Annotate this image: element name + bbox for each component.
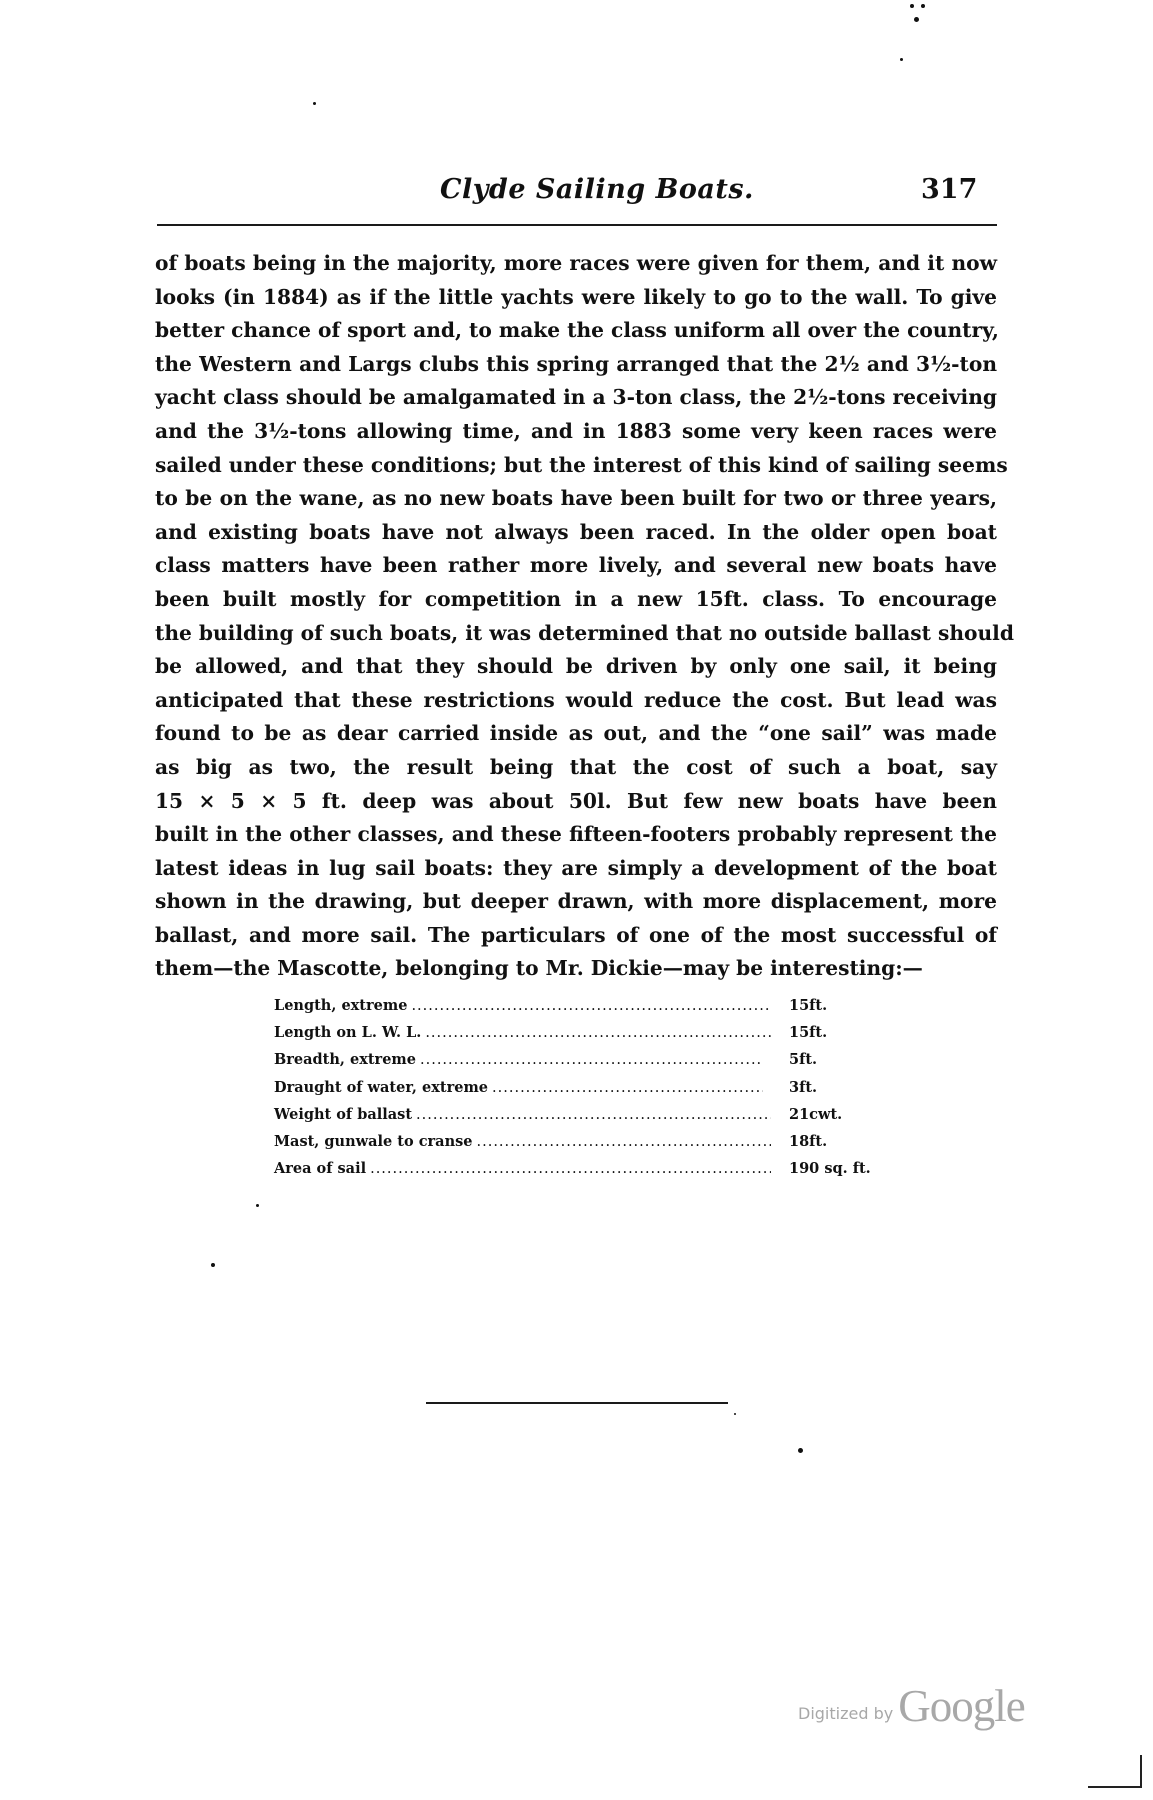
- particular-value: 15ft.: [779, 1019, 884, 1046]
- dot-leader: [420, 1047, 763, 1074]
- particular-value: 3ft.: [771, 1074, 884, 1101]
- particulars-row: Breadth, extreme 5ft.: [274, 1046, 884, 1073]
- particular-label: Weight of ballast: [274, 1101, 412, 1128]
- crop-mark-horizontal: [1088, 1786, 1142, 1788]
- text-line: anticipated that these restrictions woul…: [155, 684, 997, 718]
- dot-leader: [492, 1075, 763, 1102]
- text-line: ballast, and more sail. The particulars …: [155, 919, 997, 953]
- scan-speck: [921, 4, 925, 8]
- text-line: yacht class should be amalgamated in a 3…: [155, 381, 997, 415]
- text-line: latest ideas in lug sail boats: they are…: [155, 852, 997, 886]
- text-line: 15 × 5 × 5 ft. deep was about 50l. But f…: [155, 785, 997, 819]
- particulars-row: Area of sail 190 sq. ft.: [274, 1155, 884, 1182]
- dot-leader: [477, 1129, 772, 1156]
- body-paragraph: of boats being in the majority, more rac…: [155, 247, 997, 986]
- watermark-prefix: Digitized by: [798, 1704, 893, 1723]
- particulars-row: Weight of ballast 21cwt.: [274, 1101, 884, 1128]
- text-line: to be on the wane, as no new boats have …: [155, 482, 997, 516]
- crop-mark-vertical: [1140, 1755, 1142, 1787]
- text-line: found to be as dear carried inside as ou…: [155, 717, 997, 751]
- scan-speck: [798, 1448, 803, 1453]
- book-page: Clyde Sailing Boats. 317 of boats being …: [0, 0, 1153, 1800]
- text-line: the Western and Largs clubs this spring …: [155, 348, 997, 382]
- dot-leader: [425, 1020, 771, 1047]
- text-line: looks (in 1884) as if the little yachts …: [155, 281, 997, 315]
- particulars-table: Length, extreme 15ft. Length on L. W. L.…: [274, 992, 884, 1182]
- text-line: sailed under these conditions; but the i…: [155, 449, 997, 483]
- scan-speck: [914, 17, 919, 22]
- text-line: and the 3½-tons allowing time, and in 18…: [155, 415, 997, 449]
- particular-value: 18ft.: [779, 1128, 884, 1155]
- dot-leader: [416, 1102, 771, 1129]
- text-line: of boats being in the majority, more rac…: [155, 247, 997, 281]
- running-head: Clyde Sailing Boats. 317: [155, 172, 997, 212]
- scan-speck: [734, 1413, 736, 1415]
- text-line: as big as two, the result being that the…: [155, 751, 997, 785]
- particular-value: 21cwt.: [779, 1101, 884, 1128]
- scan-speck: [313, 102, 316, 105]
- particular-value: 190 sq. ft.: [779, 1155, 884, 1182]
- running-title: Clyde Sailing Boats.: [440, 172, 754, 208]
- particular-label: Mast, gunwale to cranse: [274, 1128, 473, 1155]
- text-line: them—the Mascotte, belonging to Mr. Dick…: [155, 952, 997, 986]
- particular-label: Area of sail: [274, 1155, 366, 1182]
- scan-speck: [910, 4, 914, 8]
- text-line: built in the other classes, and these fi…: [155, 818, 997, 852]
- particulars-row: Length on L. W. L. 15ft.: [274, 1019, 884, 1046]
- particular-label: Draught of water, extreme: [274, 1074, 488, 1101]
- text-line: better chance of sport and, to make the …: [155, 314, 997, 348]
- dot-leader: [411, 993, 771, 1020]
- particular-label: Breadth, extreme: [274, 1046, 416, 1073]
- digitized-by-google-watermark: Digitized by Google: [798, 1680, 1025, 1732]
- header-rule: [157, 224, 997, 226]
- scan-speck: [211, 1263, 215, 1267]
- text-line: and existing boats have not always been …: [155, 516, 997, 550]
- page-number: 317: [921, 172, 977, 208]
- scan-speck: [256, 1204, 259, 1207]
- google-logo: Google: [898, 1681, 1024, 1731]
- text-line: been built mostly for competition in a n…: [155, 583, 997, 617]
- particular-label: Length, extreme: [274, 992, 407, 1019]
- particular-value: 5ft.: [771, 1046, 884, 1073]
- particulars-row: Length, extreme 15ft.: [274, 992, 884, 1019]
- text-line: be allowed, and that they should be driv…: [155, 650, 997, 684]
- particulars-row: Draught of water, extreme 3ft.: [274, 1074, 884, 1101]
- text-line: the building of such boats, it was deter…: [155, 617, 997, 651]
- section-end-rule: [426, 1402, 728, 1404]
- particulars-row: Mast, gunwale to cranse 18ft.: [274, 1128, 884, 1155]
- text-line: shown in the drawing, but deeper drawn, …: [155, 885, 997, 919]
- particular-value: 15ft.: [779, 992, 884, 1019]
- particular-label: Length on L. W. L.: [274, 1019, 421, 1046]
- scan-speck: [900, 58, 903, 61]
- dot-leader: [370, 1156, 771, 1183]
- text-line: class matters have been rather more live…: [155, 549, 997, 583]
